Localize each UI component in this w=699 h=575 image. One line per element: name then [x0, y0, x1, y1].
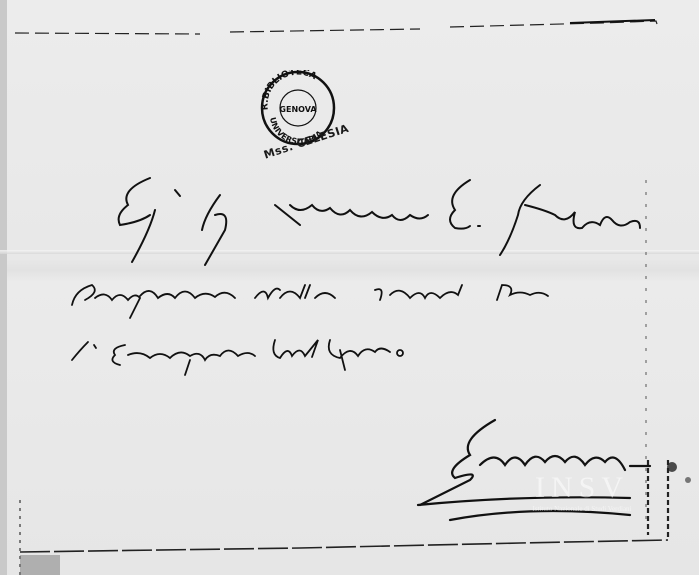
- address-place: Genova: [450, 425, 602, 471]
- address-line-title: Presidente della Società per: [70, 275, 500, 310]
- document-page: R.BIBLIOTECA UNIVERSITARIA GENOVA Mss. C…: [0, 0, 699, 575]
- stamp-center-text: GENOVA: [279, 105, 317, 114]
- institution-watermark: INSV Istituto Nazionale di Studi Verdian…: [512, 472, 652, 522]
- watermark-subtitle: Istituto Nazionale di Studi Verdiani: [512, 504, 652, 514]
- address-line-recipient: Eg.° Sig. Avvocato E. Celesia: [120, 185, 621, 225]
- watermark-logo: INSV: [512, 472, 652, 504]
- address-line-organization: l' Educazione del Popolo .: [70, 335, 460, 370]
